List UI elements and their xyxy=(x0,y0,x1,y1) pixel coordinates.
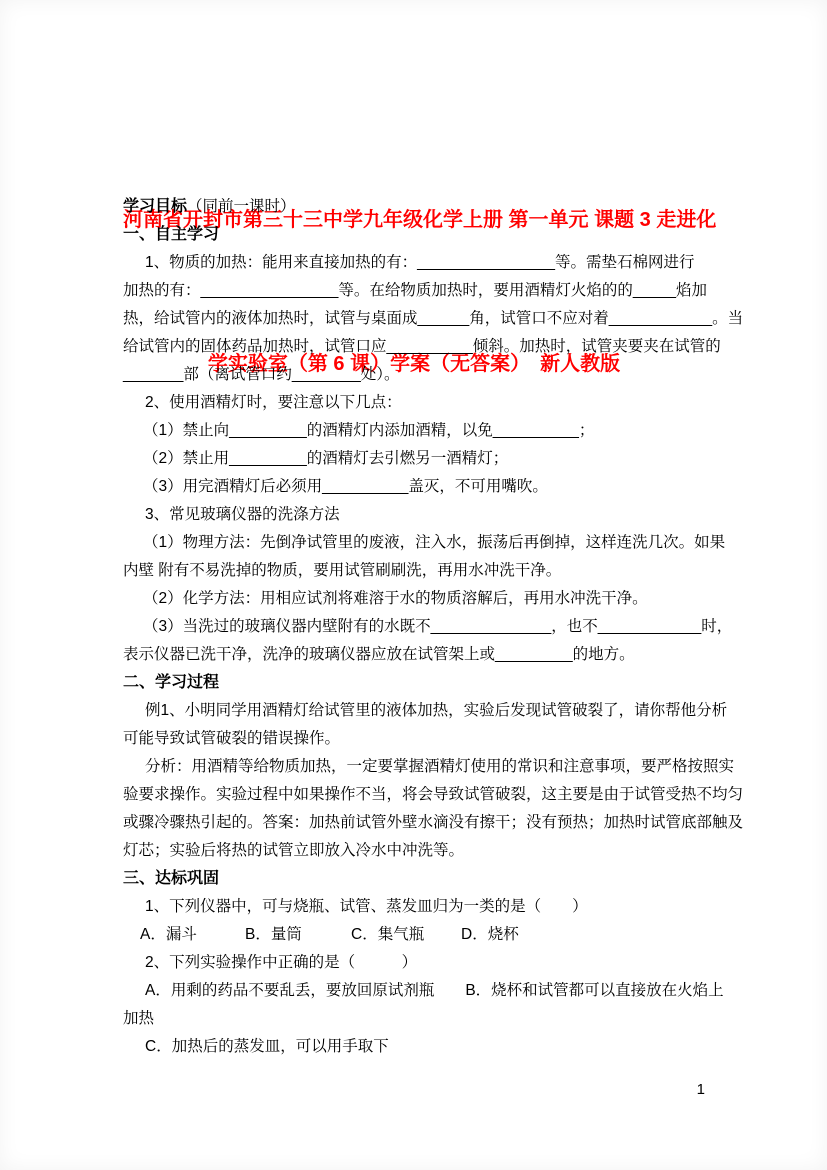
doc-line: 加热的有：________________等。在给物质加热时，要用酒精灯火焰的的… xyxy=(123,277,705,305)
doc-line: 给试管内的固体药品加热时，试管口应__________倾斜。加热时，试管夹要夹在… xyxy=(123,333,705,361)
section-heading-consolidation: 三、达标巩固 xyxy=(123,865,705,893)
doc-line: 表示仪器已洗干净，洗净的玻璃仪器应放在试管架上或_________的地方。 xyxy=(123,641,705,669)
doc-line: 可能导致试管破裂的错误操作。 xyxy=(123,725,705,753)
doc-line: 灯芯；实验后将热的试管立即放入冷水中冲洗等。 xyxy=(123,837,705,865)
doc-line: （2）禁止用_________的酒精灯去引燃另一酒精灯； xyxy=(123,445,705,473)
doc-line: _______部（离试管口约________处）。 xyxy=(123,361,705,389)
question-2: 2、下列实验操作中正确的是（ ） xyxy=(123,949,705,977)
doc-line: （3）当洗过的玻璃仪器内壁附有的水既不______________，也不____… xyxy=(123,613,705,641)
doc-line: 1、物质的加热：能用来直接加热的有：________________等。需垫石棉… xyxy=(123,249,705,277)
document-body: 学习目标（同前一课时） 一、自主学习 1、物质的加热：能用来直接加热的有：___… xyxy=(123,193,705,1061)
section-heading-learning-process: 二、学习过程 xyxy=(123,669,705,697)
option-c: C．集气瓶 xyxy=(351,921,461,949)
doc-line: （1）物理方法：先倒净试管里的废液，注入水，振荡后再倒掉，这样连洗几次。如果 xyxy=(123,529,705,557)
doc-line: （2）化学方法：用相应试剂将难溶于水的物质溶解后，再用水冲洗干净。 xyxy=(123,585,705,613)
question-1: 1、下列仪器中，可与烧瓶、试管、蒸发皿归为一类的是（ ） xyxy=(123,893,705,921)
doc-line: （3）用完酒精灯后必须用__________盖灭，不可用嘴吹。 xyxy=(123,473,705,501)
learning-objectives-note: （同前一课时） xyxy=(187,198,296,215)
question-2-option-c: C．加热后的蒸发皿，可以用手取下 xyxy=(123,1033,705,1061)
doc-line: 或骤冷骤热引起的。答案：加热前试管外壁水滴没有擦干；没有预热；加热时试管底部触及 xyxy=(123,809,705,837)
question-2-options-ab: A．用剩的药品不要乱丢，要放回原试剂瓶 B．烧杯和试管都可以直接放在火焰上 xyxy=(123,977,705,1005)
doc-line: 分析：用酒精等给物质加热，一定要掌握酒精灯使用的常识和注意事项，要严格按照实 xyxy=(123,753,705,781)
doc-line: 例1、小明同学用酒精灯给试管里的液体加热，实验后发现试管破裂了，请你帮他分析 xyxy=(123,697,705,725)
option-b: B．量筒 xyxy=(245,921,351,949)
question-2-option-b-continued: 加热 xyxy=(123,1005,705,1033)
doc-line: 验要求操作。实验过程中如果操作不当，将会导致试管破裂，这主要是由于试管受热不均匀 xyxy=(123,781,705,809)
document-page: 河南省开封市第三十三中学九年级化学上册 第一单元 课题 3 走进化 学实验室（第… xyxy=(0,0,827,1170)
learning-objectives-label: 学习目标 xyxy=(123,198,187,215)
doc-line: 3、常见玻璃仪器的洗涤方法 xyxy=(123,501,705,529)
page-number: 1 xyxy=(123,1081,705,1098)
section-heading-self-study: 一、自主学习 xyxy=(123,221,705,249)
doc-line: 热，给试管内的液体加热时，试管与桌面成______角，试管口不应对着______… xyxy=(123,305,705,333)
question-1-options: A．漏斗B．量筒C．集气瓶D．烧杯 xyxy=(123,921,705,949)
doc-line: 内壁 附有不易洗掉的物质，要用试管刷刷洗，再用水冲洗干净。 xyxy=(123,557,705,585)
option-d: D．烧杯 xyxy=(461,921,519,949)
doc-line: （1）禁止向_________的酒精灯内添加酒精，以免__________； xyxy=(123,417,705,445)
doc-line: 2、使用酒精灯时，要注意以下几点： xyxy=(123,389,705,417)
option-a: A．漏斗 xyxy=(140,921,245,949)
learning-objectives-heading: 学习目标（同前一课时） xyxy=(123,193,705,221)
